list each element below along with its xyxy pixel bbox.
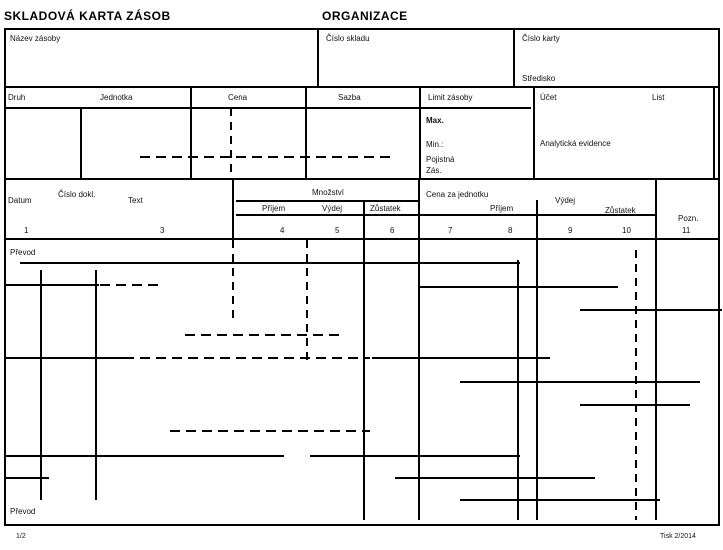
col-num: 8 [508, 226, 512, 235]
divider [4, 86, 720, 88]
col-num: 7 [448, 226, 452, 235]
divider [533, 86, 535, 178]
form-title: SKLADOVÁ KARTA ZÁSOB [4, 9, 171, 23]
col-balance-value: Zůstatek [605, 206, 636, 215]
divider [95, 270, 97, 500]
field-label-card-number: Číslo karty [522, 34, 560, 43]
label-min: Min.: [426, 140, 443, 149]
organization-title: ORGANIZACE [322, 9, 408, 23]
divider [363, 200, 365, 520]
col-text: Text [128, 196, 143, 205]
divider [4, 107, 531, 109]
label-account: Účet [540, 93, 556, 102]
carry-forward-label: Převod [10, 507, 35, 516]
print-code: Tisk 2/2014 [660, 532, 696, 541]
divider [419, 86, 421, 178]
divider [305, 86, 307, 178]
col-num: 3 [160, 226, 164, 235]
label-analytic: Analytická evidence [540, 139, 611, 148]
divider [232, 178, 234, 238]
col-issue: Výdej [322, 204, 342, 213]
divider [513, 28, 515, 86]
divider [372, 357, 550, 359]
divider [4, 284, 99, 286]
col-unit-price: Cena za jednotku [426, 190, 488, 199]
col-num: 4 [280, 226, 284, 235]
divider [420, 262, 490, 264]
divider [306, 240, 308, 360]
divider [232, 240, 234, 320]
divider [236, 214, 656, 216]
label-type: Druh [8, 93, 25, 102]
col-receipt-value: Příjem [490, 204, 513, 213]
divider [140, 156, 390, 158]
label-sheet: List [652, 93, 664, 102]
divider [517, 260, 519, 520]
col-doc-number: Číslo dokl. [58, 190, 95, 199]
col-num: 11 [682, 226, 690, 235]
divider [310, 455, 520, 457]
page-code: 1/2 [16, 532, 26, 541]
divider [40, 270, 42, 500]
divider [4, 357, 134, 359]
col-balance: Zůstatek [370, 204, 401, 213]
divider [4, 455, 284, 457]
label-max: Max. [426, 116, 444, 125]
col-receipt: Příjem [262, 204, 285, 213]
label-stock: Zás. [426, 166, 442, 175]
col-num: 9 [568, 226, 572, 235]
label-safety: Pojistná [426, 155, 454, 164]
label-rate: Sazba [338, 93, 361, 102]
divider [4, 238, 720, 240]
carry-over-label: Převod [10, 248, 35, 257]
divider [140, 357, 370, 359]
col-date: Datum [8, 196, 32, 205]
divider [460, 499, 660, 501]
divider [317, 28, 319, 86]
divider [4, 178, 720, 180]
divider [4, 477, 49, 479]
divider [395, 477, 595, 479]
field-label-center: Středisko [522, 74, 555, 83]
divider [635, 250, 637, 520]
label-unit: Jednotka [100, 93, 132, 102]
form-frame [4, 28, 720, 526]
col-num: 5 [335, 226, 339, 235]
divider [185, 334, 340, 336]
divider [536, 200, 538, 520]
field-label-name: Název zásoby [10, 34, 60, 43]
col-note: Pozn. [678, 214, 698, 223]
col-num: 6 [390, 226, 394, 235]
col-num: 1 [24, 226, 28, 235]
divider [418, 178, 420, 520]
divider [713, 86, 715, 178]
divider [236, 200, 418, 202]
col-num: 10 [622, 226, 631, 235]
divider [190, 86, 192, 178]
col-issue-value: Výdej [555, 196, 575, 205]
divider [655, 178, 657, 520]
divider [80, 107, 82, 178]
field-label-warehouse: Číslo skladu [326, 34, 370, 43]
col-group-quantity: Množství [312, 188, 344, 197]
label-stock-limit: Limit zásoby [428, 93, 472, 102]
label-price: Cena [228, 93, 247, 102]
divider [100, 284, 160, 286]
divider [580, 309, 722, 311]
divider [170, 430, 370, 432]
divider [230, 108, 232, 178]
divider [460, 381, 700, 383]
